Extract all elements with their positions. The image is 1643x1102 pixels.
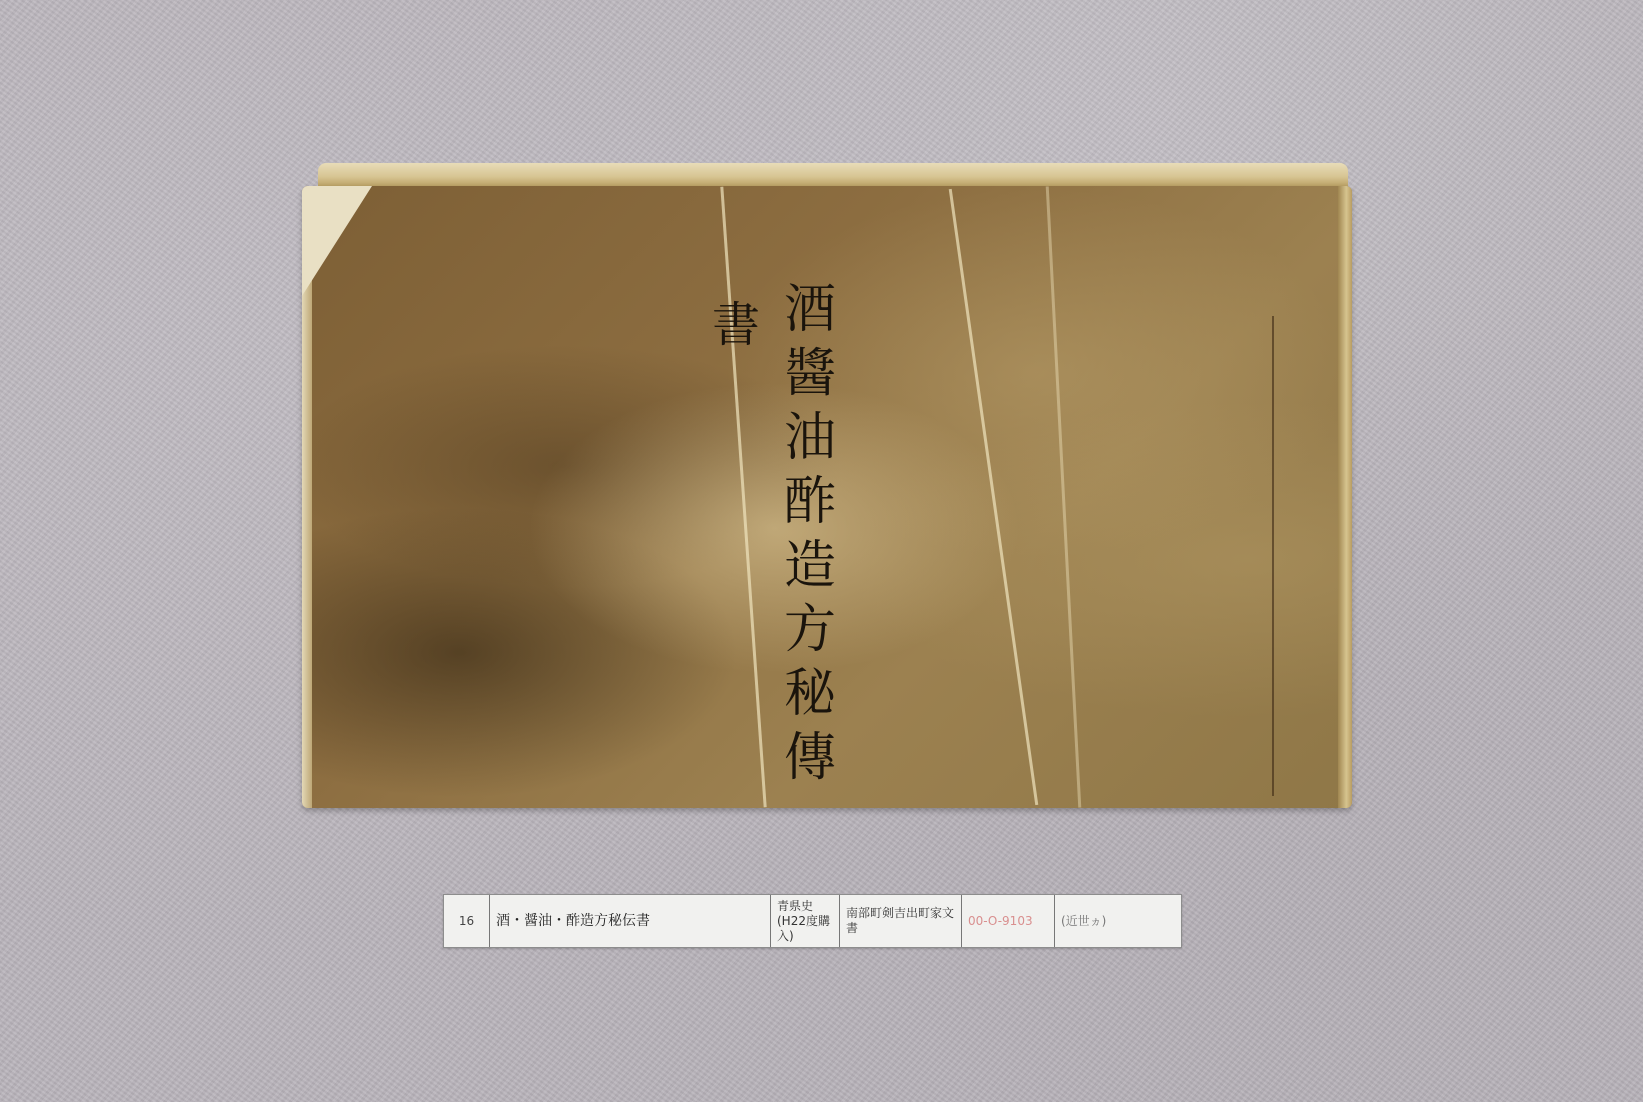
cover-crease [720,187,766,808]
title-char: 油 [784,406,836,470]
title-char: 造 [784,534,836,598]
title-char: 秘 [784,662,836,726]
manuscript-cover: 酒 醬 油 酢 造 方 秘 傳 書 [302,186,1352,808]
title-char: 酢 [784,470,836,534]
title-char: 傳 [784,726,836,790]
cover-corner-flap [302,186,372,296]
catalog-label: 16 酒・醤油・酢造方秘伝書 青県史(H22度購入) 南部町剣吉出町家文書 00… [443,894,1182,948]
label-era: (近世ヵ) [1055,895,1181,947]
title-char: 方 [784,598,836,662]
label-code: 00-O-9103 [962,895,1055,947]
cover-tear [1272,316,1274,796]
cover-crease [949,189,1039,805]
cover-right-edge [1338,186,1352,808]
cover-crease [1046,186,1082,807]
label-collection: 南部町剣吉出町家文書 [840,895,962,947]
cover-title: 酒 醬 油 酢 造 方 秘 傳 [780,278,840,790]
label-title: 酒・醤油・酢造方秘伝書 [490,895,771,947]
title-char: 醬 [784,342,836,406]
label-number: 16 [444,895,490,947]
cover-title-side: 書 [712,286,760,355]
title-char: 酒 [784,278,836,342]
label-source: 青県史(H22度購入) [771,895,840,947]
